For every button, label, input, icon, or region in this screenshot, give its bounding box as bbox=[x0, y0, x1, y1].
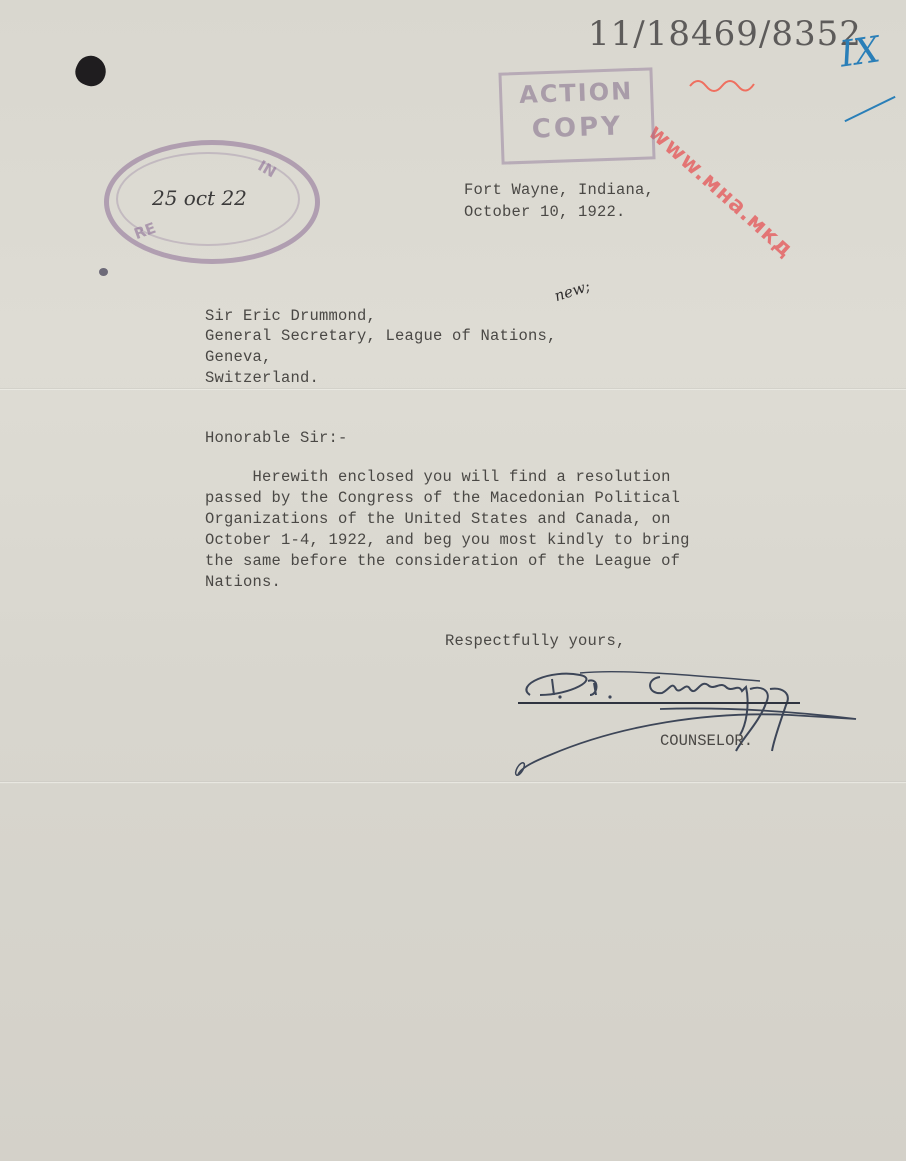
blue-pencil-stroke bbox=[844, 96, 895, 122]
letter-date: October 10, 1922. bbox=[464, 202, 626, 223]
action-copy-stamp: ACTION COPY bbox=[498, 67, 655, 164]
signature bbox=[510, 665, 860, 785]
watermark-squiggle bbox=[688, 72, 758, 96]
body-line: Nations. bbox=[205, 572, 281, 593]
recipient-title: General Secretary, League of Nations, bbox=[205, 326, 557, 347]
file-reference-annotation: 11/18469/8352 bbox=[588, 14, 862, 54]
recipient-name: Sir Eric Drummond, bbox=[205, 306, 376, 327]
recipient-country: Switzerland. bbox=[205, 368, 319, 389]
body-line: Herewith enclosed you will find a resolu… bbox=[205, 467, 671, 488]
roman-numeral-annotation: IX bbox=[837, 29, 882, 75]
margin-note: new; bbox=[552, 277, 592, 305]
salutation: Honorable Sir:- bbox=[205, 428, 348, 449]
body-line: Organizations of the United States and C… bbox=[205, 509, 671, 530]
punch-hole bbox=[71, 51, 111, 91]
watermark: www.мна.мкд bbox=[643, 120, 798, 263]
body-line: October 1-4, 1922, and beg you most kind… bbox=[205, 530, 690, 551]
ink-dot bbox=[99, 268, 108, 276]
stamp-text-copy: COPY bbox=[503, 110, 652, 145]
signer-title: COUNSELOR. bbox=[660, 731, 753, 752]
letter-page: 11/18469/8352 IX www.мна.мкд ACTION COPY… bbox=[0, 0, 906, 1161]
stamp-text-action: ACTION bbox=[502, 76, 651, 109]
closing: Respectfully yours, bbox=[445, 631, 626, 652]
paper-fold-line bbox=[0, 388, 906, 391]
body-line: passed by the Congress of the Macedonian… bbox=[205, 488, 680, 509]
received-date-handwritten: 25 oct 22 bbox=[152, 186, 247, 210]
body-line: the same before the consideration of the… bbox=[205, 551, 680, 572]
sender-location-line: Fort Wayne, Indiana, bbox=[464, 180, 654, 201]
recipient-city: Geneva, bbox=[205, 347, 272, 368]
